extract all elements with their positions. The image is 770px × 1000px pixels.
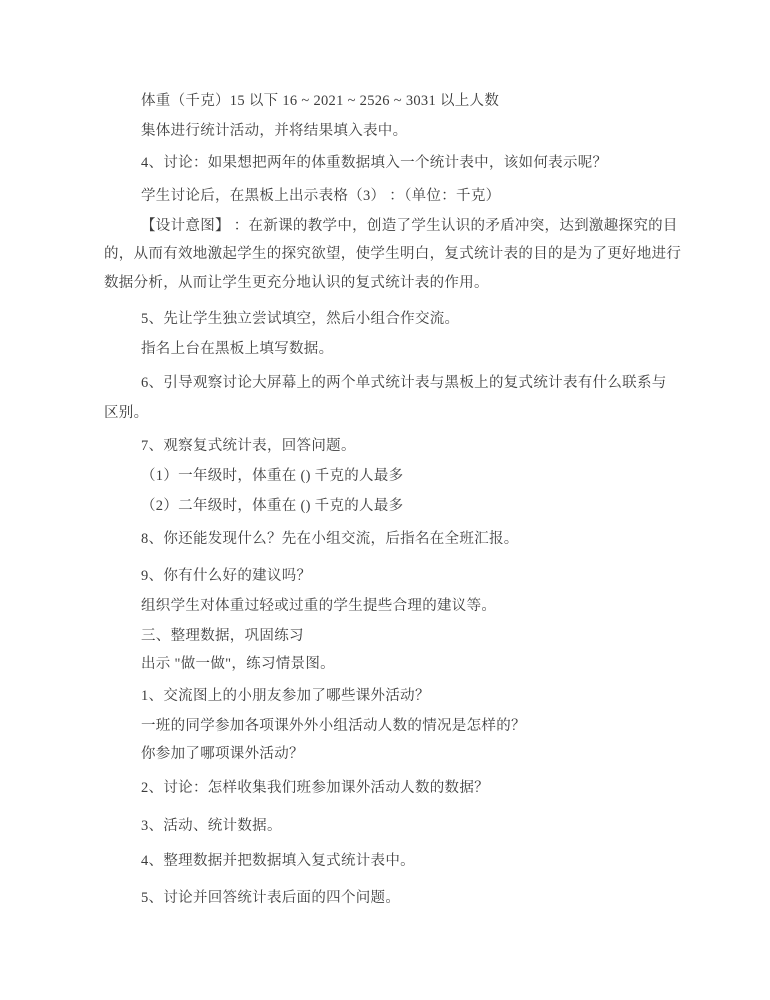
doc-line: 组织学生对体重过轻或过重的学生提些合理的建议等。 [141,596,496,616]
doc-line: 集体进行统计活动，并将结果填入表中。 [141,121,407,141]
doc-line: 1、交流图上的小朋友参加了哪些课外活动？ [141,686,430,706]
doc-line: 你参加了哪项课外活动？ [141,744,304,764]
doc-line-design-intent: 【设计意图】 ：在新课的教学中，创造了学生认识的矛盾冲突，达到激趣探究的目 [141,216,678,236]
doc-line: 学生讨论后，在黑板上出示表格（3） ：（单位：千克） [141,186,500,206]
doc-line: 9、你有什么好的建议吗？ [141,566,311,586]
doc-line: 5、讨论并回答统计表后面的四个问题。 [141,888,400,908]
doc-line: 5、先让学生独立尝试填空，然后小组合作交流。 [141,309,459,329]
doc-line: 4、整理数据并把数据填入复式统计表中。 [141,851,415,871]
doc-line: 3、活动、统计数据。 [141,816,282,836]
doc-line-question-1: （1）一年级时，体重在 () 千克的人最多 [141,466,403,486]
doc-line: 指名上台在黑板上填写数据。 [141,339,333,359]
doc-line: 区别。 [104,403,148,423]
doc-line: 出示 "做一做"，练习情景图。 [141,654,335,674]
document-page: 体重（千克）15 以下 16 ~ 2021 ~ 2526 ~ 3031 以上人数… [0,0,770,1000]
doc-line: 数据分析，从而让学生更充分地认识的复式统计表的作用。 [104,273,489,293]
doc-line: 7、观察复式统计表，回答问题。 [141,436,356,456]
doc-line-weight-table-header: 体重（千克）15 以下 16 ~ 2021 ~ 2526 ~ 3031 以上人数 [141,91,499,111]
doc-line-question-2: （2）二年级时，体重在 () 千克的人最多 [141,496,403,516]
doc-line-section-3-heading: 三、整理数据，巩固练习 [141,626,304,646]
doc-line: 一班的同学参加各项课外外小组活动人数的情况是怎样的？ [141,716,526,736]
doc-line: 2、讨论：怎样收集我们班参加课外活动人数的数据？ [141,778,489,798]
doc-line: 的，从而有效地激起学生的探究欲望，使学生明白，复式统计表的目的是为了更好地进行 [104,244,681,264]
doc-line: 8、你还能发现什么？先在小组交流，后指名在全班汇报。 [141,529,519,549]
doc-line: 4、讨论：如果想把两年的体重数据填入一个统计表中，该如何表示呢？ [141,153,607,173]
doc-line: 6、引导观察讨论大屏幕上的两个单式统计表与黑板上的复式统计表有什么联系与 [141,373,667,393]
